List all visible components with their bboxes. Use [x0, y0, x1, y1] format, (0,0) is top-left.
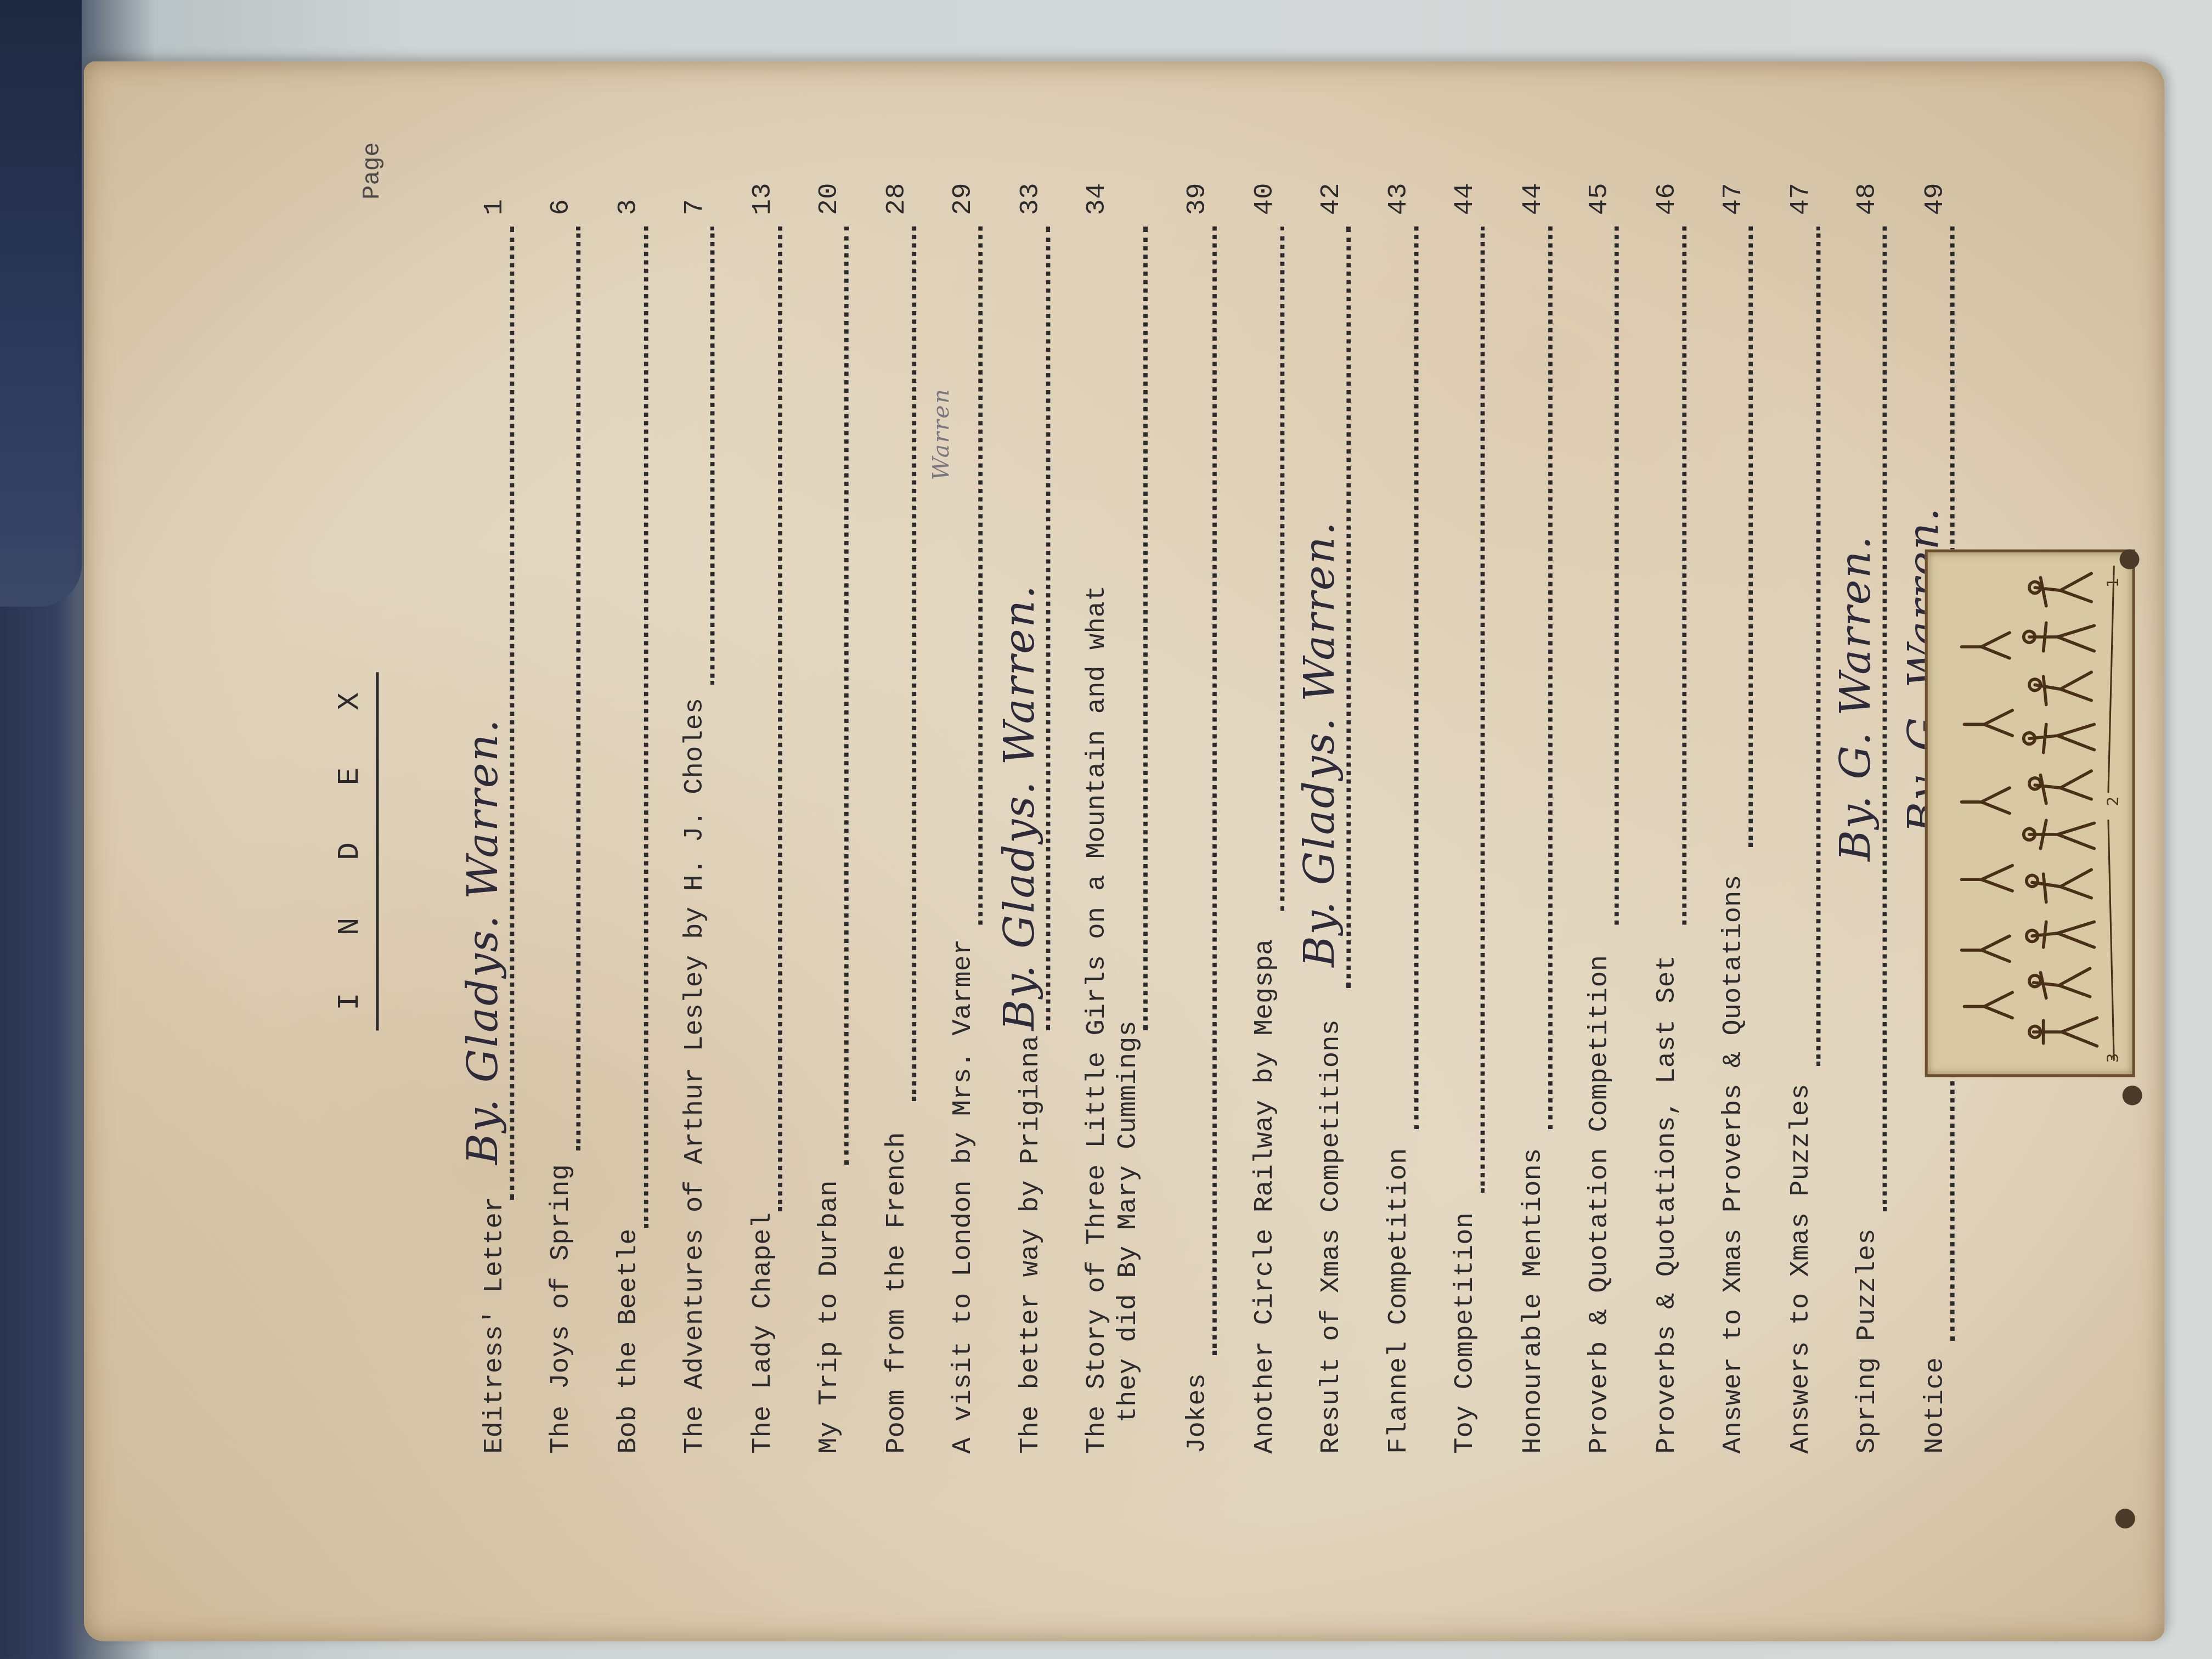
photo-stage: I N D E X Page Editress' Letter 1 By. Gl… — [0, 0, 2212, 1659]
handwritten-annotation: By. Gladys. Warren. — [1296, 520, 1345, 966]
index-entry: Toy Competition 44 — [1449, 183, 1492, 1453]
leader-dots — [1184, 225, 1217, 1354]
binding-hole — [2123, 1085, 2142, 1104]
page-title: I N D E X — [335, 61, 368, 1641]
leader-dots — [816, 225, 849, 1164]
leader-dots — [1115, 225, 1148, 1030]
leader-dots — [750, 225, 782, 1210]
handwritten-annotation: By. Gladys. Warren. — [459, 717, 509, 1164]
entry-title: Proverb & Quotation Competition — [1583, 955, 1615, 1453]
entry-title: The Joys of Spring — [545, 1164, 577, 1453]
leader-dots — [1788, 225, 1820, 1065]
entry-title: Toy Competition — [1449, 1212, 1481, 1453]
leader-dots — [1587, 225, 1619, 924]
index-entry: Jokes 39 — [1182, 183, 1224, 1453]
entry-page: 7 — [679, 144, 710, 215]
leader-dots — [1452, 225, 1485, 1192]
entry-title: Result of Xmas Competitions — [1316, 1019, 1347, 1453]
leader-dots — [1520, 225, 1553, 1128]
entry-page: 39 — [1182, 144, 1213, 215]
index-entry: Proverbs & Quotations, Last Set 46 — [1651, 183, 1694, 1453]
entry-title: Editress' Letter — [479, 1195, 510, 1453]
entry-title: Poom from the French — [881, 1131, 912, 1453]
pasted-sketch-clipping: 1 2 3 — [1925, 549, 2135, 1076]
leader-dots — [1386, 225, 1418, 1128]
entry-page: 34 — [1081, 144, 1113, 215]
entry-page: 20 — [813, 144, 844, 215]
entry-title: The better way by Prigiana — [1015, 1035, 1046, 1453]
leader-dots — [1654, 225, 1686, 924]
entry-title: Another Circle Railway by Megspa — [1249, 938, 1280, 1453]
index-entry: Proverb & Quotation Competition 45 — [1583, 183, 1626, 1453]
leader-dots — [1252, 225, 1284, 910]
entry-page: 40 — [1249, 144, 1280, 215]
index-entry: The Lady Chapel 13 — [747, 183, 789, 1453]
entry-page: 33 — [1015, 144, 1046, 215]
index-page: I N D E X Page Editress' Letter 1 By. Gl… — [84, 61, 2165, 1641]
index-entry: The Joys of Spring 6 — [545, 183, 588, 1453]
leader-dots — [1720, 225, 1753, 846]
index-entry: Honourable Mentions 44 — [1517, 183, 1560, 1453]
page-column-label: Page — [360, 142, 387, 199]
running-figures-sketch — [1928, 551, 2132, 1073]
entry-page: 42 — [1316, 144, 1347, 215]
entry-title-continued: they did By Mary Cummings — [1113, 1020, 1144, 1422]
index-entry: A visit to London by Mrs. Varmer 29 Warr… — [947, 183, 990, 1453]
crossed-out-annotation: Warren — [928, 387, 955, 479]
entry-title: My Trip to Durban — [813, 1180, 844, 1453]
entry-page: 6 — [545, 144, 577, 215]
binding-hole — [2120, 549, 2140, 568]
entry-page: 43 — [1383, 144, 1414, 215]
entry-page: 1 — [479, 144, 510, 215]
index-entry: Answer to Xmas Proverbs & Quotations 47 — [1718, 183, 1760, 1453]
binding-hole — [2115, 1508, 2135, 1528]
entry-page: 47 — [1718, 144, 1749, 215]
blue-cloth-background — [0, 0, 82, 607]
entry-title: The Story of Three Little Girls on a Mou… — [1081, 584, 1113, 1453]
entry-page: 49 — [1919, 144, 1950, 215]
entry-title: Answers to Xmas Puzzles — [1785, 1083, 1816, 1453]
index-entry: Spring Puzzles 48 By. G. Warren. — [1852, 183, 1894, 1453]
entry-page: 29 — [947, 144, 979, 215]
leader-dots — [950, 225, 983, 924]
index-entry: Answers to Xmas Puzzles 47 — [1785, 183, 1827, 1453]
entry-title: A visit to London by Mrs. Varmer — [947, 938, 979, 1453]
entry-title: Honourable Mentions — [1517, 1147, 1549, 1453]
entry-title: Bob the Beetle — [613, 1228, 644, 1453]
index-entry: Result of Xmas Competitions 42 By. Glady… — [1316, 183, 1358, 1453]
index-entry: Bob the Beetle 3 — [613, 183, 655, 1453]
index-entry: Flannel Competition 43 — [1383, 183, 1425, 1453]
index-entry: The Adventures of Arthur Lesley by H. J.… — [679, 183, 721, 1453]
leader-dots — [616, 225, 648, 1227]
entry-page: 13 — [747, 144, 778, 215]
entry-page: 46 — [1651, 144, 1683, 215]
handwritten-annotation: By. Gladys. Warren. — [995, 583, 1045, 1030]
entry-title: Spring Puzzles — [1852, 1228, 1883, 1453]
index-entry: Editress' Letter 1 By. Gladys. Warren. — [479, 183, 521, 1453]
index-entry: The better way by Prigiana 33 By. Gladys… — [1015, 183, 1057, 1453]
index-entry: Poom from the French 28 — [881, 183, 923, 1453]
clipping-label: 1 — [2104, 577, 2122, 587]
entry-page: 48 — [1852, 144, 1883, 215]
entry-title: The Lady Chapel — [747, 1212, 778, 1453]
handwritten-annotation: By. G. Warren. — [1832, 534, 1881, 860]
leader-dots — [548, 225, 580, 1149]
entry-title: Jokes — [1182, 1373, 1213, 1453]
entry-page: 44 — [1449, 144, 1481, 215]
entry-page: 3 — [613, 144, 644, 215]
clipping-label: 3 — [2104, 1052, 2122, 1062]
clipping-label: 2 — [2104, 795, 2122, 805]
index-entry: My Trip to Durban 20 — [813, 183, 855, 1453]
entry-title: The Adventures of Arthur Lesley by H. J.… — [679, 697, 710, 1453]
entry-page: 28 — [881, 144, 912, 215]
leader-dots — [682, 225, 714, 684]
entry-title: Notice — [1919, 1357, 1950, 1453]
entry-title: Answer to Xmas Proverbs & Quotations — [1718, 874, 1749, 1453]
index-entry: Another Circle Railway by Megspa 40 — [1249, 183, 1291, 1453]
index-entry: The Story of Three Little Girls on a Mou… — [1081, 183, 1158, 1453]
entry-title: Flannel Competition — [1383, 1147, 1414, 1453]
entry-page: 45 — [1583, 144, 1615, 215]
entry-page: 44 — [1517, 144, 1549, 215]
entry-title: Proverbs & Quotations, Last Set — [1651, 955, 1683, 1453]
leader-dots — [884, 225, 916, 1100]
entry-page: 47 — [1785, 144, 1816, 215]
